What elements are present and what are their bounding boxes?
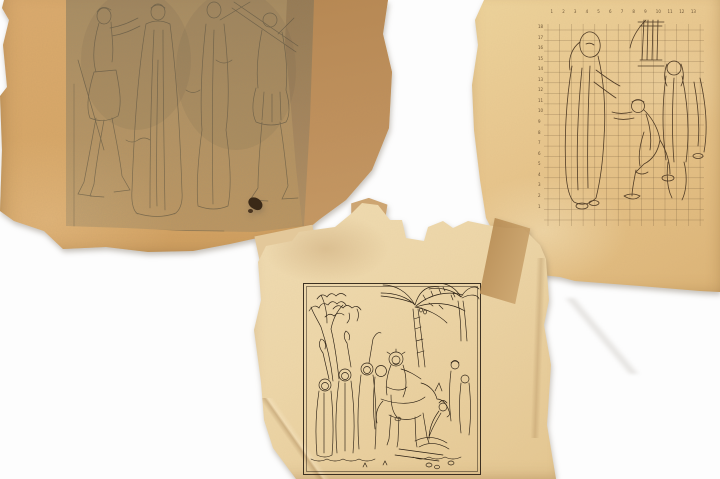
grid-row-label: 16 bbox=[538, 46, 543, 50]
grid-row-label: 14 bbox=[538, 67, 543, 71]
grid-column-label: 10 bbox=[656, 10, 661, 14]
grid-row-label: 7 bbox=[538, 141, 541, 145]
entry-study-sheet-wrap bbox=[248, 198, 560, 479]
grid-row-label: 5 bbox=[538, 162, 541, 166]
grid-row-label: 3 bbox=[538, 183, 541, 187]
grid-column-label: 1 bbox=[551, 10, 554, 14]
scanned-drawings-page: 12345678910111213 1817161514131211109876… bbox=[0, 0, 720, 479]
grid-column-label: 7 bbox=[621, 10, 624, 14]
grid-row-label: 4 bbox=[538, 173, 541, 177]
grid-column-label: 13 bbox=[691, 10, 696, 14]
grid-row-label: 10 bbox=[538, 109, 543, 113]
grid-row-label: 9 bbox=[538, 120, 541, 124]
grid-column-label: 4 bbox=[586, 10, 589, 14]
entry-into-jerusalem-drawing bbox=[303, 283, 481, 475]
entry-scene-vector bbox=[303, 283, 481, 475]
ink-blot bbox=[248, 209, 253, 213]
grid-sketch-vector bbox=[534, 4, 710, 232]
grid-row-label: 15 bbox=[538, 57, 543, 61]
grid-row-label: 8 bbox=[538, 131, 541, 135]
grid-row-label: 18 bbox=[538, 25, 543, 29]
grid-column-label: 3 bbox=[574, 10, 577, 14]
grid-row-label: 12 bbox=[538, 88, 543, 92]
grid-row-label: 17 bbox=[538, 36, 543, 40]
grid-column-label: 11 bbox=[668, 10, 673, 14]
grid-column-label: 2 bbox=[562, 10, 565, 14]
grid-column-label: 9 bbox=[644, 10, 647, 14]
grid-row-label: 6 bbox=[538, 152, 541, 156]
grid-column-label: 5 bbox=[597, 10, 600, 14]
grid-column-label: 6 bbox=[609, 10, 612, 14]
grid-row-label: 13 bbox=[538, 78, 543, 82]
ink-scene bbox=[309, 283, 479, 469]
drawing-frame bbox=[304, 284, 481, 475]
grid-column-label: 8 bbox=[632, 10, 635, 14]
scanner-shadow-streak bbox=[538, 298, 666, 374]
gridded-figure-study-drawing: 12345678910111213 1817161514131211109876… bbox=[534, 4, 710, 232]
grid-row-label: 11 bbox=[538, 99, 543, 103]
grid-column-label: 12 bbox=[679, 10, 684, 14]
